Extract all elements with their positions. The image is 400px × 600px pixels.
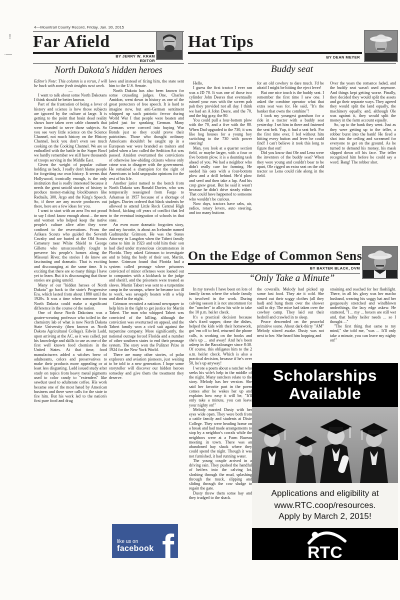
far-afield-headline: North Dakota's hidden heroes [33, 65, 184, 75]
editor-photo [156, 31, 183, 60]
common-sense-cola-text: In my travels I have been on lots of fam… [189, 287, 252, 500]
common-sense-column-a: In my travels I have been on lots of fam… [189, 287, 252, 578]
hat-tips-headline: Buddy seat [188, 65, 396, 75]
rtc-ad-headline-line2: Available [252, 386, 398, 404]
facebook-ad-line2: facebook [117, 545, 162, 554]
far-afield-bottom-hairline [33, 63, 184, 64]
hat-tips-bottom-hairline [188, 63, 396, 64]
columnist-photo-dean-meyer [364, 30, 398, 62]
common-sense-column-c: straining and reached for her flashlight… [330, 287, 396, 360]
scan-artifact: ! [9, 34, 11, 41]
rtc-logo: RTC [252, 528, 398, 560]
far-afield-title: Far Afield [33, 32, 110, 52]
common-sense-rule [188, 263, 360, 265]
hat-tips-rule [188, 52, 362, 54]
rtc-ad-body: Applications and eligibility atwww.RTC.c… [252, 483, 398, 528]
rtc-scholarship-ad: Scholarships Available [252, 363, 398, 560]
hat-tips-column-b: for an old cowboy to dare much. I'd be a… [257, 81, 324, 245]
hat-tips-column-c: Over the years the romance faded, and th… [330, 81, 396, 245]
hat-tips-title: Hat Tips [188, 32, 254, 52]
common-sense-headline: “Only Take a Minute” [188, 274, 396, 284]
scan-artifact: ·— [4, 52, 12, 58]
common-sense-colb-text: the coveralls. Melody had picked up some… [257, 287, 324, 338]
hat-tips-byline: BY DEAN MEYER [265, 55, 360, 60]
far-afield-column-2: laws and instead of firing him, the stat… [109, 79, 184, 521]
rtc-ad-headline: Scholarships Available [252, 363, 398, 403]
newspaper-page: ! ·— 4—Mountrail County Record, Friday, … [0, 0, 400, 600]
editors-note: Editor's Note: This column is a rerun, I… [34, 79, 107, 88]
rtc-ad-headline-line1: Scholarships [252, 368, 398, 386]
facebook-ad: like us on facebook f [112, 524, 178, 558]
far-afield-column-1: Editor's Note: This column is a rerun, I… [34, 79, 107, 578]
far-afield-col1-text: I want to talk about some North Dakotans… [34, 93, 107, 403]
hat-tips-byline-block: BY DEAN MEYER [265, 55, 360, 61]
rtc-logo-text: RTC [308, 543, 343, 560]
hat-tips-colb-text: for an old cowboy to dare much. I'd be a… [257, 81, 324, 178]
hat-tips-column-a: Hello,I guess the first tractor I ever r… [189, 81, 252, 245]
common-sense-colc-text: straining and reached for her flashlight… [330, 287, 396, 343]
hat-tips-cola-text: Hello,I guess the first tractor I ever r… [189, 81, 252, 215]
common-sense-byline: BY BAXTER BLACK, DVM [265, 266, 360, 271]
common-sense-byline-block: BY BAXTER BLACK, DVM [265, 266, 360, 272]
facebook-f-icon: f [162, 530, 174, 558]
graduates-photo [252, 407, 398, 483]
common-sense-title: On the Edge of Common Sense [188, 248, 368, 264]
hat-tips-colc-text: Over the years the romance faded, and th… [330, 81, 396, 164]
far-afield-col2-text: laws and instead of firing him, the stat… [109, 79, 184, 380]
masthead-text: 4—Mountrail County Record, Friday, Jan. … [34, 25, 114, 30]
common-sense-column-b: the coveralls. Melody had picked up some… [257, 287, 324, 360]
